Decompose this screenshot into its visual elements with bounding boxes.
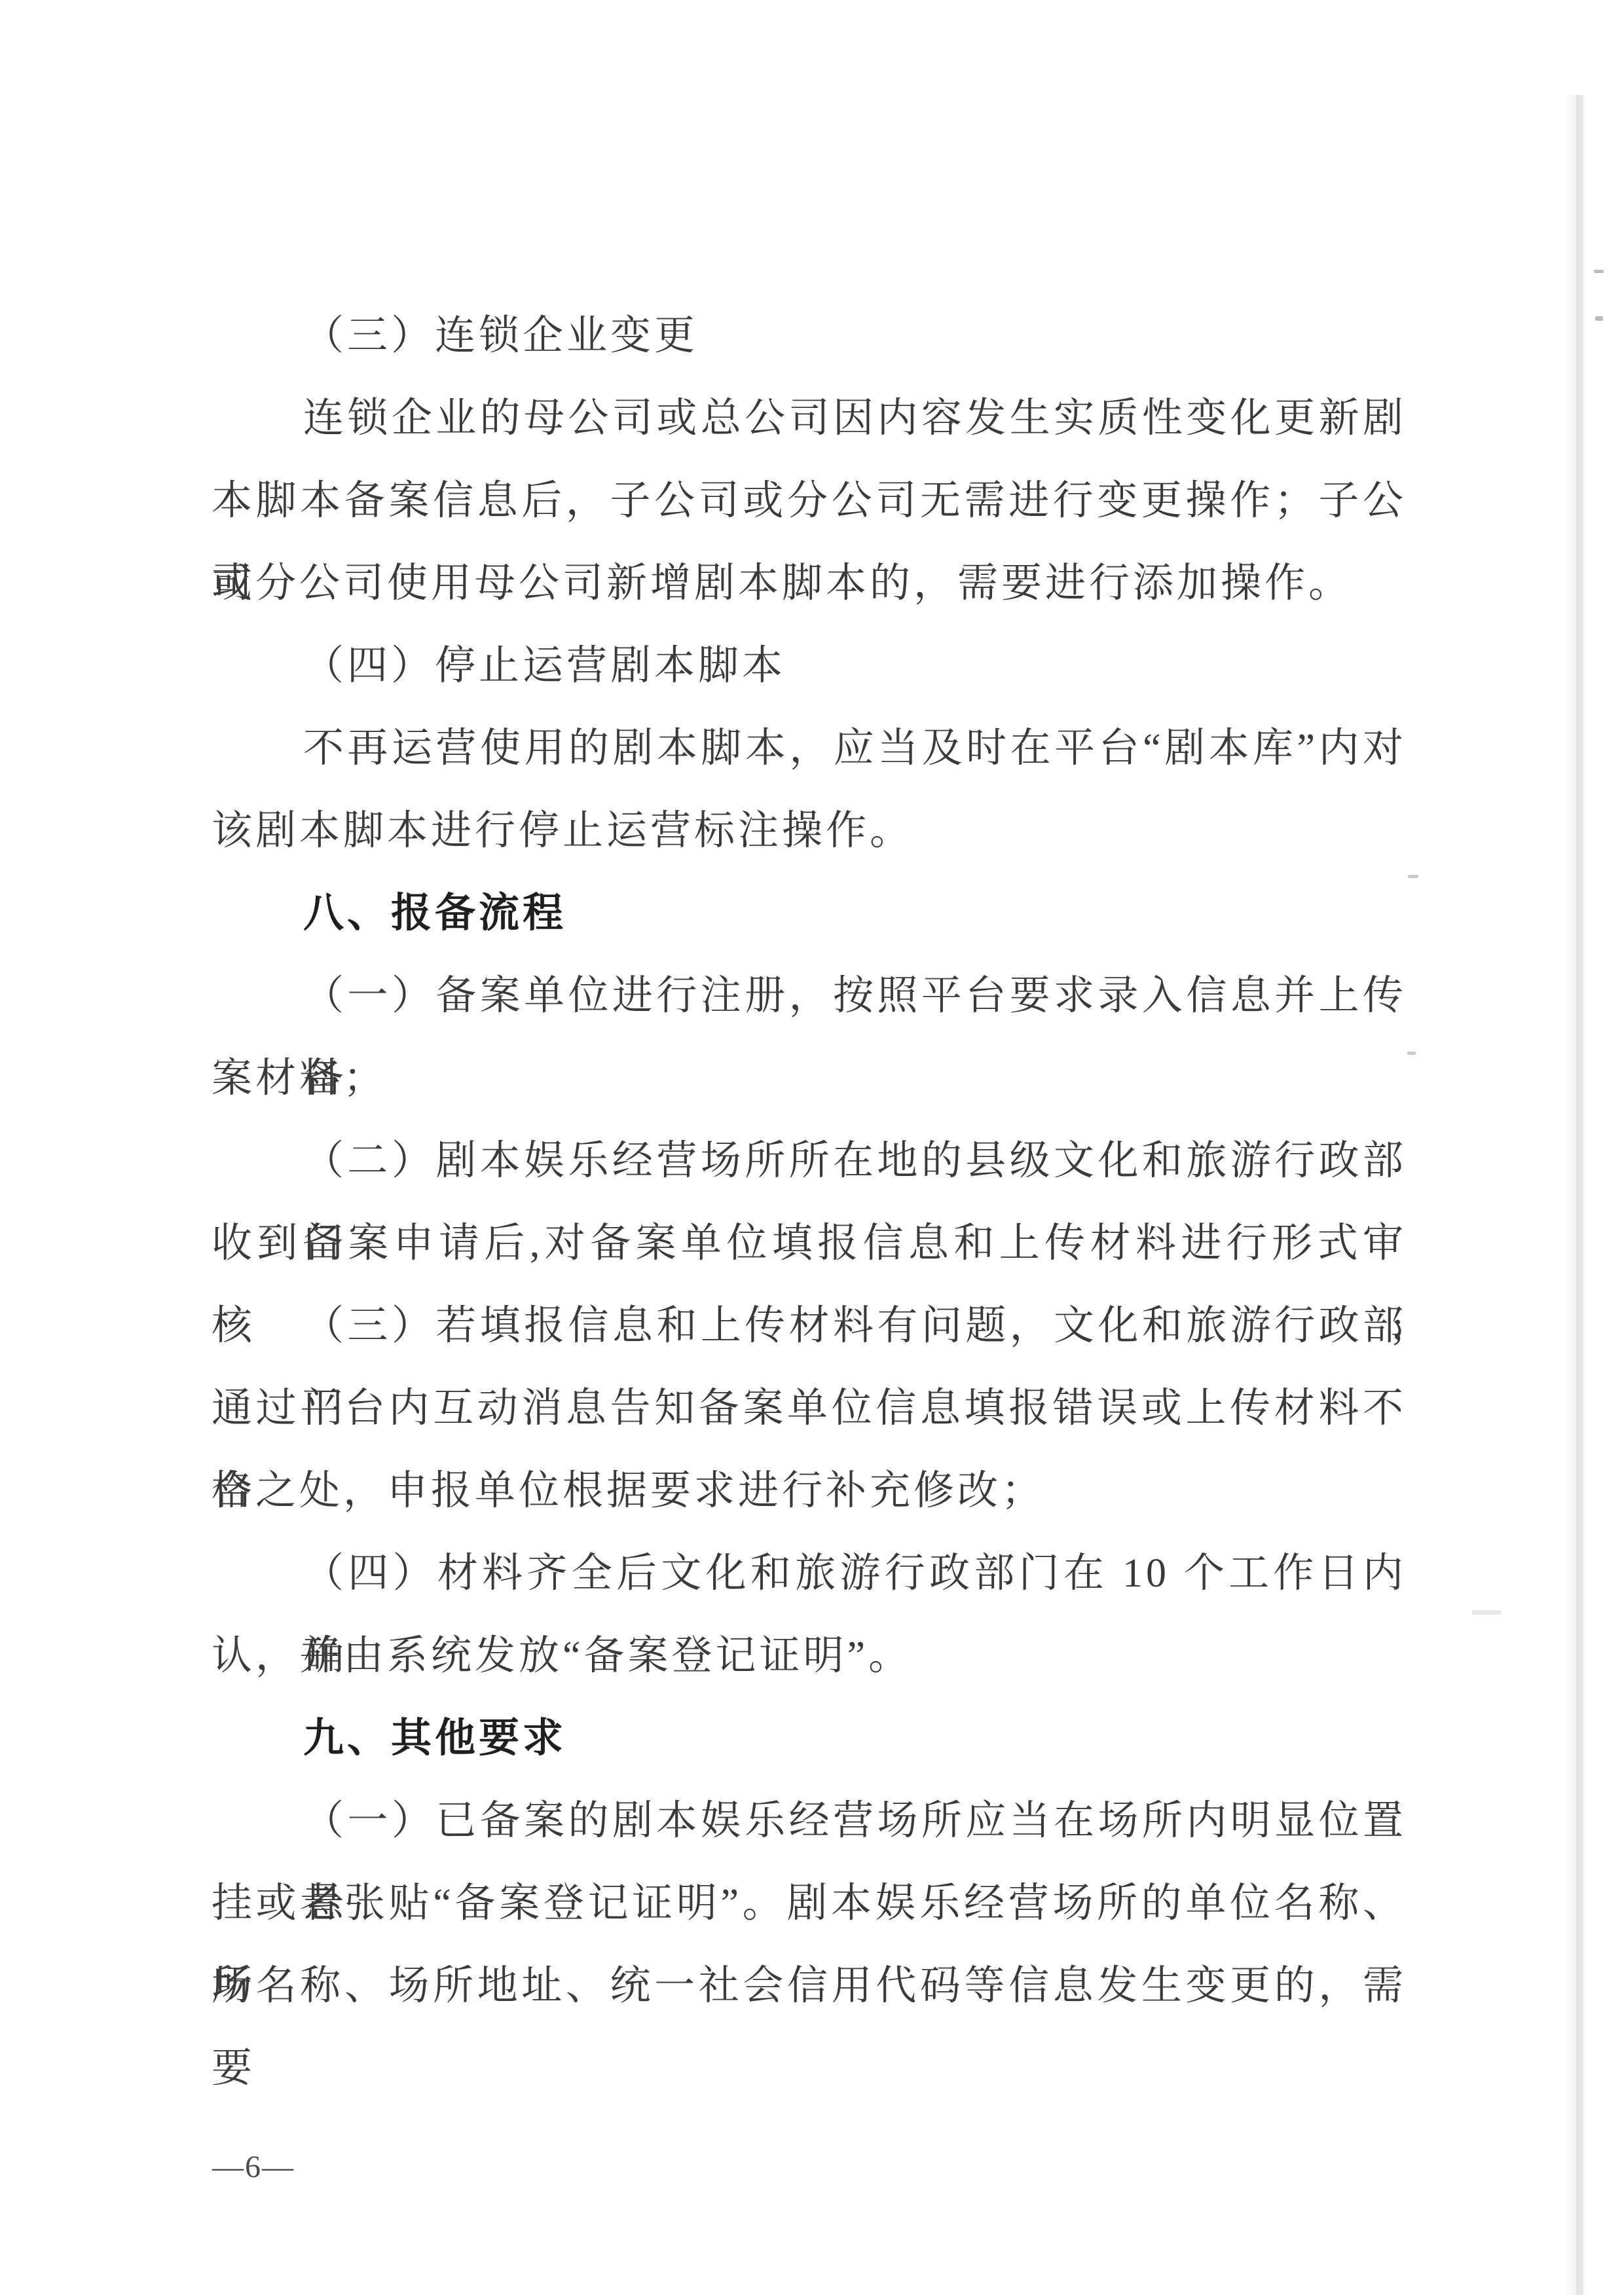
- document-page: （三）连锁企业变更连锁企业的母公司或总公司因内容发生实质性变化更新剧本脚本备案信…: [0, 0, 1624, 2295]
- section-heading-line: 九、其他要求: [212, 1697, 1407, 1780]
- scan-artifact-band: [1565, 95, 1587, 2295]
- text-line: 所名称、场所地址、统一社会信用代码等信息发生变更的，需要: [212, 1945, 1407, 2027]
- text-line: 通过平台内互动消息告知备案单位信息填报错误或上传材料不合: [212, 1367, 1407, 1450]
- scan-speck: [1408, 875, 1418, 878]
- text-line: 连锁企业的母公司或总公司因内容发生实质性变化更新剧: [212, 377, 1407, 460]
- scan-speck: [1407, 1052, 1416, 1055]
- text-line: （一）备案单位进行注册，按照平台要求录入信息并上传备: [212, 955, 1407, 1037]
- scan-artifact-line: [1576, 95, 1583, 2295]
- text-line: 认，并由系统发放“备案登记证明”。: [212, 1615, 1407, 1697]
- section-heading-line: 八、报备流程: [212, 872, 1407, 955]
- text-line: （一）已备案的剧本娱乐经营场所应当在场所内明显位置悬: [212, 1780, 1407, 1862]
- text-line: （三）连锁企业变更: [212, 295, 1407, 377]
- document-body: （三）连锁企业变更连锁企业的母公司或总公司因内容发生实质性变化更新剧本脚本备案信…: [212, 295, 1407, 2027]
- text-line: 案材料；: [212, 1037, 1407, 1120]
- page-number: —6—: [212, 2149, 295, 2186]
- text-line: 挂或者张贴“备案登记证明”。剧本娱乐经营场所的单位名称、场: [212, 1862, 1407, 1945]
- text-line: 或分公司使用母公司新增剧本脚本的，需要进行添加操作。: [212, 542, 1407, 625]
- text-line: 格之处，申报单位根据要求进行补充修改；: [212, 1450, 1407, 1532]
- scan-speck: [1472, 1610, 1501, 1615]
- scan-speck: [1595, 316, 1603, 321]
- text-line: 该剧本脚本进行停止运营标注操作。: [212, 790, 1407, 872]
- text-line: 收到备案申请后,对备案单位填报信息和上传材料进行形式审核;: [212, 1202, 1407, 1285]
- text-line: （四）停止运营剧本脚本: [212, 625, 1407, 707]
- text-line: （四）材料齐全后文化和旅游行政部门在 10 个工作日内确: [212, 1532, 1407, 1615]
- text-line: （二）剧本娱乐经营场所所在地的县级文化和旅游行政部门: [212, 1120, 1407, 1202]
- text-line: 本脚本备案信息后，子公司或分公司无需进行变更操作；子公司: [212, 460, 1407, 542]
- text-line: （三）若填报信息和上传材料有问题，文化和旅游行政部门: [212, 1285, 1407, 1367]
- text-line: 不再运营使用的剧本脚本，应当及时在平台“剧本库”内对: [212, 707, 1407, 790]
- scan-speck: [1594, 270, 1604, 273]
